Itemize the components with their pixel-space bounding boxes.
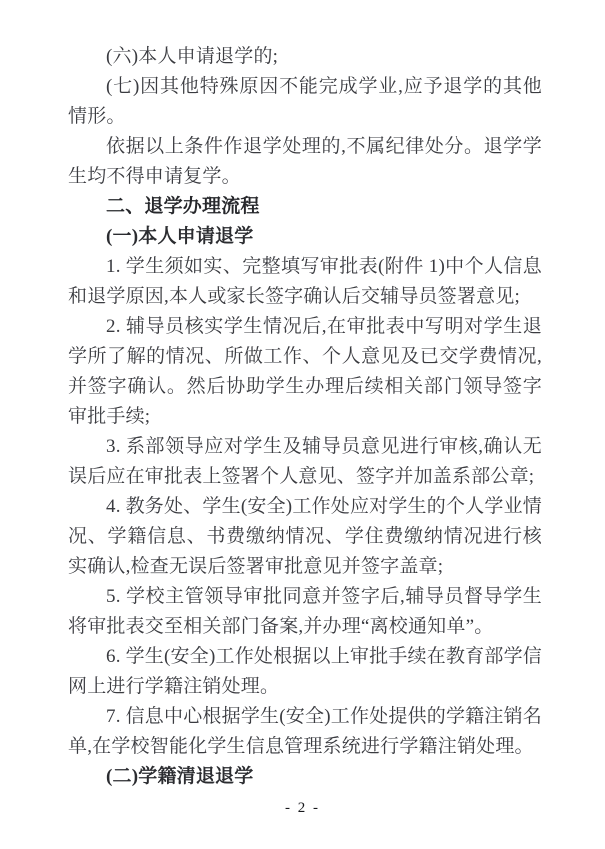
section-heading: 二、退学办理流程 [68, 192, 542, 222]
sub-heading: (二)学籍清退退学 [68, 762, 542, 792]
paragraph: 4. 教务处、学生(安全)工作处应对学生的个人学业情况、学籍信息、书费缴纳情况、… [68, 492, 542, 582]
paragraph: 3. 系部领导应对学生及辅导员意见进行审核,确认无误后应在审批表上签署个人意见、… [68, 432, 542, 492]
paragraph: 6. 学生(安全)工作处根据以上审批手续在教育部学信网上进行学籍注销处理。 [68, 642, 542, 702]
page-number: - 2 - [0, 800, 605, 817]
paragraph: 7. 信息中心根据学生(安全)工作处提供的学籍注销名单,在学校智能化学生信息管理… [68, 702, 542, 762]
paragraph: 2. 辅导员核实学生情况后,在审批表中写明对学生退学所了解的情况、所做工作、个人… [68, 312, 542, 432]
sub-heading: (一)本人申请退学 [68, 222, 542, 252]
paragraph: 5. 学校主管领导审批同意并签字后,辅导员督导学生将审批表交至相关部门备案,并办… [68, 582, 542, 642]
paragraph: 1. 学生须如实、完整填写审批表(附件 1)中个人信息和退学原因,本人或家长签字… [68, 252, 542, 312]
paragraph: 依据以上条件作退学处理的,不属纪律处分。退学学生均不得申请复学。 [68, 132, 542, 192]
document-content: (六)本人申请退学的;(七)因其他特殊原因不能完成学业,应予退学的其他情形。依据… [68, 42, 542, 792]
document-page: (六)本人申请退学的;(七)因其他特殊原因不能完成学业,应予退学的其他情形。依据… [0, 0, 605, 849]
paragraph: (六)本人申请退学的; [68, 42, 542, 72]
paragraph: (七)因其他特殊原因不能完成学业,应予退学的其他情形。 [68, 72, 542, 132]
